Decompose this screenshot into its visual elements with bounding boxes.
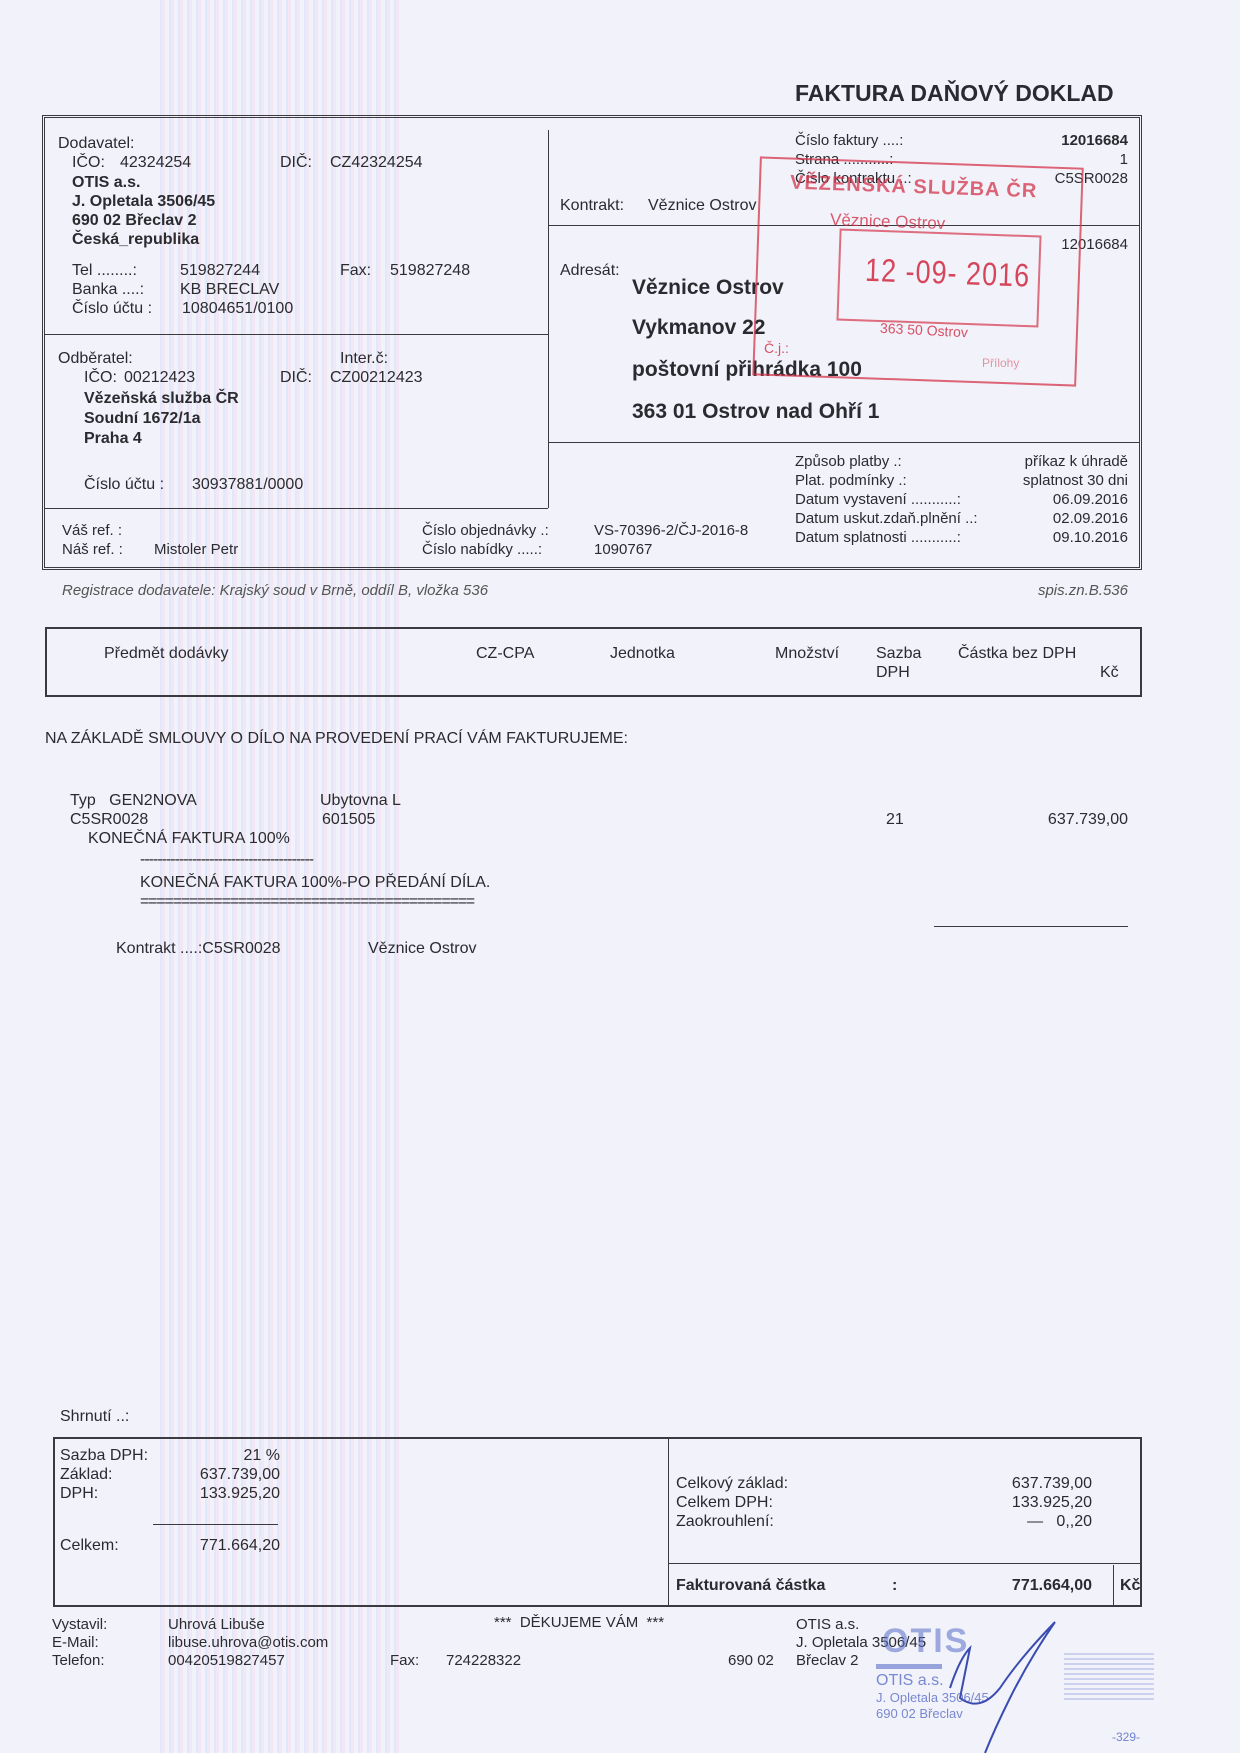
customer-ico-label: IČO: — [84, 369, 117, 387]
issued-by: Uhrová Libuše — [168, 1616, 265, 1633]
col-qty: Množství — [775, 645, 839, 663]
signature-icon — [940, 1618, 1070, 1753]
phone-label: Telefon: — [52, 1652, 105, 1669]
supplier-heading: Dodavatel: — [58, 135, 135, 153]
invoice-number: 12016684 — [1000, 132, 1128, 149]
col-vat-rate: Sazba — [876, 645, 921, 663]
col-currency: Kč — [1100, 664, 1119, 682]
document-title: FAKTURA DAŇOVÝ DOKLAD — [795, 80, 1114, 107]
order-label: Číslo objednávky .: — [422, 522, 549, 539]
item-code-2: 601505 — [322, 811, 375, 829]
divider — [668, 1437, 669, 1607]
item-separator-double: ========================================… — [140, 893, 474, 911]
email-link[interactable]: libuse.uhrova@otis.com — [168, 1634, 328, 1651]
summary-sum-line — [153, 1524, 278, 1525]
item-location: Ubytovna L — [320, 792, 401, 810]
offer-label: Číslo nabídky .....: — [422, 541, 542, 558]
payment-terms-label: Plat. podmínky .: — [795, 472, 907, 489]
due-date-label: Datum splatnosti ...........: — [795, 529, 961, 546]
due-date: 09.10.2016 — [960, 529, 1128, 546]
email-label: E-Mail: — [52, 1634, 99, 1651]
summary-base: 637.739,00 — [180, 1466, 280, 1484]
customer-heading: Odběratel: — [58, 350, 133, 368]
addressee-line: 363 01 Ostrov nad Ohří 1 — [632, 400, 879, 424]
divider — [548, 442, 1140, 443]
our-ref: Mistoler Petr — [154, 541, 238, 558]
footer-city: Břeclav 2 — [796, 1652, 859, 1669]
page-mark: -329- — [1112, 1730, 1140, 1744]
supplier-account-label: Číslo účtu : — [72, 300, 152, 318]
supplier-tel: 519827244 — [180, 262, 260, 280]
footer-fax-label: Fax: — [390, 1652, 419, 1669]
contract-label: Kontrakt: — [560, 197, 624, 215]
supplier-bank: KB BRECLAV — [180, 281, 279, 299]
customer-city: Praha 4 — [84, 430, 142, 448]
stamp-date: 12 -09- 2016 — [864, 252, 1030, 295]
issue-date: 06.09.2016 — [960, 491, 1128, 508]
supplier-tel-label: Tel ........: — [72, 262, 137, 280]
invoice-number-label: Číslo faktury ....: — [795, 132, 903, 149]
footer-zip: 690 02 — [728, 1652, 774, 1669]
item-description: KONEČNÁ FAKTURA 100% — [88, 830, 290, 848]
registration-note: Registrace dodavatele: Krajský soud v Br… — [62, 582, 488, 599]
customer-account-label: Číslo účtu : — [84, 476, 164, 494]
item-sum-line — [934, 926, 1128, 927]
invoiced-colon: : — [892, 1577, 897, 1595]
thank-you-note: *** DĚKUJEME VÁM *** — [494, 1614, 664, 1631]
item-vat-rate: 21 — [886, 811, 904, 829]
our-ref-label: Náš ref. : — [62, 541, 123, 558]
supplier-ico: 42324254 — [120, 154, 191, 172]
item-separator: ---------------------------------------- — [140, 851, 313, 869]
rounding-label: Zaokrouhlení: — [676, 1513, 774, 1531]
supplier-dic-label: DIČ: — [280, 154, 312, 172]
summary-base-label: Základ: — [60, 1466, 112, 1484]
stamp-attachments: Přílohy — [982, 356, 1019, 370]
divider — [668, 1563, 1142, 1564]
total-vat: 133.925,20 — [960, 1494, 1092, 1512]
customer-account: 30937881/0000 — [192, 476, 303, 494]
item-contract: Kontrakt ....:C5SR0028 — [116, 940, 281, 958]
registration-file: spis.zn.B.536 — [960, 582, 1128, 599]
customer-name: Vězeňská služba ČR — [84, 390, 239, 408]
phone: 00420519827457 — [168, 1652, 285, 1669]
divider — [1113, 1565, 1114, 1605]
item-description-2: KONEČNÁ FAKTURA 100%-PO PŘEDÁNÍ DÍLA. — [140, 874, 490, 892]
issue-date-label: Datum vystavení ...........: — [795, 491, 961, 508]
footer-company: OTIS a.s. — [796, 1616, 859, 1633]
addressee-label: Adresát: — [560, 262, 620, 280]
invoiced-amount-label: Fakturovaná částka — [676, 1577, 825, 1595]
col-vat-rate-2: DPH — [876, 664, 910, 682]
customer-dic-label: DIČ: — [280, 369, 312, 387]
item-amount: 637.739,00 — [960, 811, 1128, 829]
payment-method: příkaz k úhradě — [960, 453, 1128, 470]
item-code: C5SR0028 — [70, 811, 148, 829]
item-contract-name: Věznice Ostrov — [368, 940, 476, 958]
col-subject: Předmět dodávky — [104, 645, 229, 663]
customer-ico: 00212423 — [124, 369, 195, 387]
stamp-company: OTIS a.s. — [876, 1672, 944, 1690]
summary-vat-label: DPH: — [60, 1485, 98, 1503]
supplier-ico-label: IČO: — [72, 154, 105, 172]
customer-dic: CZ00212423 — [330, 369, 423, 387]
total-base: 637.739,00 — [960, 1475, 1092, 1493]
addressee-line: Vykmanov 22 — [632, 316, 765, 340]
invoiced-amount: 771.664,00 — [960, 1577, 1092, 1595]
contract-name: Věznice Ostrov — [648, 197, 756, 215]
customer-inter-label: Inter.č: — [340, 350, 388, 368]
your-ref-label: Váš ref. : — [62, 522, 122, 539]
summary-total: 771.664,20 — [180, 1537, 280, 1555]
customer-street: Soudní 1672/1a — [84, 410, 201, 428]
stamp-ref-label: Č.j.: — [764, 340, 789, 356]
total-base-label: Celkový základ: — [676, 1475, 788, 1493]
stamp-bar — [876, 1664, 942, 1669]
divider — [44, 334, 548, 335]
summary-vat-rate-label: Sazba DPH: — [60, 1447, 148, 1465]
offer-number: 1090767 — [594, 541, 652, 558]
payment-terms: splatnost 30 dni — [960, 472, 1128, 489]
footer-fax: 724228322 — [446, 1652, 521, 1669]
supplier-dic: CZ42324254 — [330, 154, 423, 172]
supplier-name: OTIS a.s. — [72, 174, 140, 192]
supplier-account: 10804651/0100 — [182, 300, 293, 318]
rounding: — 0,,20 — [960, 1513, 1092, 1531]
supplier-country: Česká_republika — [72, 231, 199, 249]
order-number: VS-70396-2/ČJ-2016-8 — [594, 522, 748, 539]
invoiced-currency: Kč — [1120, 1577, 1140, 1595]
supplier-street: J. Opletala 3506/45 — [72, 193, 215, 211]
col-amount: Částka bez DPH — [958, 645, 1076, 663]
taxable-date: 02.09.2016 — [960, 510, 1128, 527]
summary-vat-rate: 21 % — [180, 1447, 280, 1465]
divider — [548, 130, 549, 508]
supplier-fax-label: Fax: — [340, 262, 371, 280]
summary-vat: 133.925,20 — [180, 1485, 280, 1503]
divider — [44, 508, 548, 509]
item-type: Typ GEN2NOVA — [70, 792, 197, 810]
supplier-bank-label: Banka ....: — [72, 281, 144, 299]
supplier-fax: 519827248 — [390, 262, 470, 280]
summary-total-label: Celkem: — [60, 1537, 119, 1555]
issued-by-label: Vystavil: — [52, 1616, 107, 1633]
col-cpa: CZ-CPA — [476, 645, 534, 663]
summary-heading: Shrnutí ..: — [60, 1408, 129, 1426]
total-vat-label: Celkem DPH: — [676, 1494, 773, 1512]
items-intro: NA ZÁKLADĚ SMLOUVY O DÍLO NA PROVEDENÍ P… — [45, 730, 628, 748]
stamp-subtitle: Věznice Ostrov — [830, 210, 946, 234]
taxable-date-label: Datum uskut.zdaň.plnění ..: — [795, 510, 978, 527]
supplier-city: 690 02 Břeclav 2 — [72, 212, 197, 230]
payment-method-label: Způsob platby .: — [795, 453, 902, 470]
stamp-smudge — [1064, 1650, 1154, 1700]
col-unit: Jednotka — [610, 645, 675, 663]
